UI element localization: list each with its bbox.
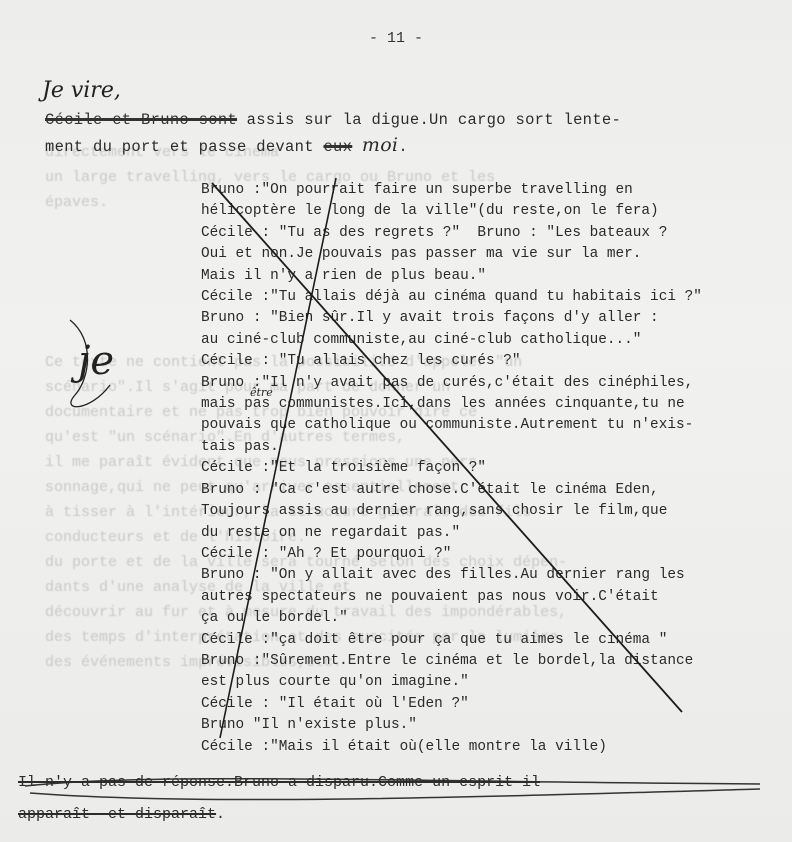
dialogue-line: hélicoptère le long de la ville"(du rest… [201,201,702,222]
dialogue-line: Bruno "Il n'existe plus." [201,715,702,736]
handwritten-correction: moi [362,134,398,156]
intro-period: . [398,138,408,156]
dialogue-line: Cécile : "Tu as des regrets ?" Bruno : "… [201,223,702,244]
dialogue-line: Cécile :"ça doit être pour ça que tu aim… [201,630,702,651]
dialogue-line: Mais il n'y a rien de plus beau." [201,266,702,287]
dialogue-line: au ciné-club communiste,au ciné-club cat… [201,330,702,351]
dialogue-line: Cécile :"Et la troisième façon ?" [201,458,702,479]
dialogue-line: Bruno : "On y allait avec des filles.Au … [201,565,702,586]
dialogue-line: Bruno :"On pourrait faire un superbe tra… [201,180,702,201]
closing-period: . [216,806,225,823]
closing-paragraph: Il n'y a pas de réponse.Bruno a disparu.… [18,767,540,831]
intro-line1: assis sur la digue.Un cargo sort lente- [237,111,621,129]
dialogue-line: autres spectateurs ne pouvaient pas nous… [201,587,702,608]
dialogue-line: mais pas communistes.Ici,dans les années… [201,394,702,415]
page-number: - 11 - [0,30,792,47]
dialogue-line: du reste on ne regardait pas." [201,523,702,544]
dialogue-line: Cécile :"Mais il était où(elle montre la… [201,737,702,758]
closing-line-1: Il n'y a pas de réponse.Bruno a disparu.… [18,767,540,799]
intro-line2: ment du port et passe devant [45,138,323,156]
dialogue-line: tais pas. [201,437,702,458]
dialogue-line: Bruno :"Il n'y avait pas de curés,c'étai… [201,373,702,394]
dialogue-line: Oui et non.Je pouvais pas passer ma vie … [201,244,702,265]
handwritten-insertion: être [250,386,273,399]
dialogue-line: Bruno :"Sûrement.Entre le cinéma et le b… [201,651,702,672]
dialogue-line: Bruno : "Ca c'est autre chose.C'était le… [201,480,702,501]
handwritten-margin-mark: je [78,338,114,384]
dialogue-line: pouvais que catholique ou communiste.Aut… [201,415,702,436]
dialogue-line: Cécile :"Tu allais déjà au cinéma quand … [201,287,702,308]
dialogue-line: ça ou le bordel." [201,608,702,629]
dialogue-line: Cécile : "Ah ? Et pourquoi ?" [201,544,702,565]
dialogue-block: Bruno :"On pourrait faire un superbe tra… [201,180,702,758]
dialogue-line: est plus courte qu'on imagine." [201,672,702,693]
closing-line-2-struck: apparaît et disparaît [18,806,216,823]
struck-subject: Cécile et Bruno sont [45,111,237,129]
dialogue-line: Cécile : "Tu allais chez les curés ?" [201,351,702,372]
intro-paragraph: Cécile et Bruno sont assis sur la digue.… [45,108,621,160]
dialogue-line: Cécile : "Il était où l'Eden ?" [201,694,702,715]
handwritten-note-top: Je vire, [42,78,121,103]
struck-word: eux [323,138,352,156]
dialogue-line: Bruno : "Bien sûr.Il y avait trois façon… [201,308,702,329]
dialogue-line: Toujours assis au dernier rang,sans chos… [201,501,702,522]
